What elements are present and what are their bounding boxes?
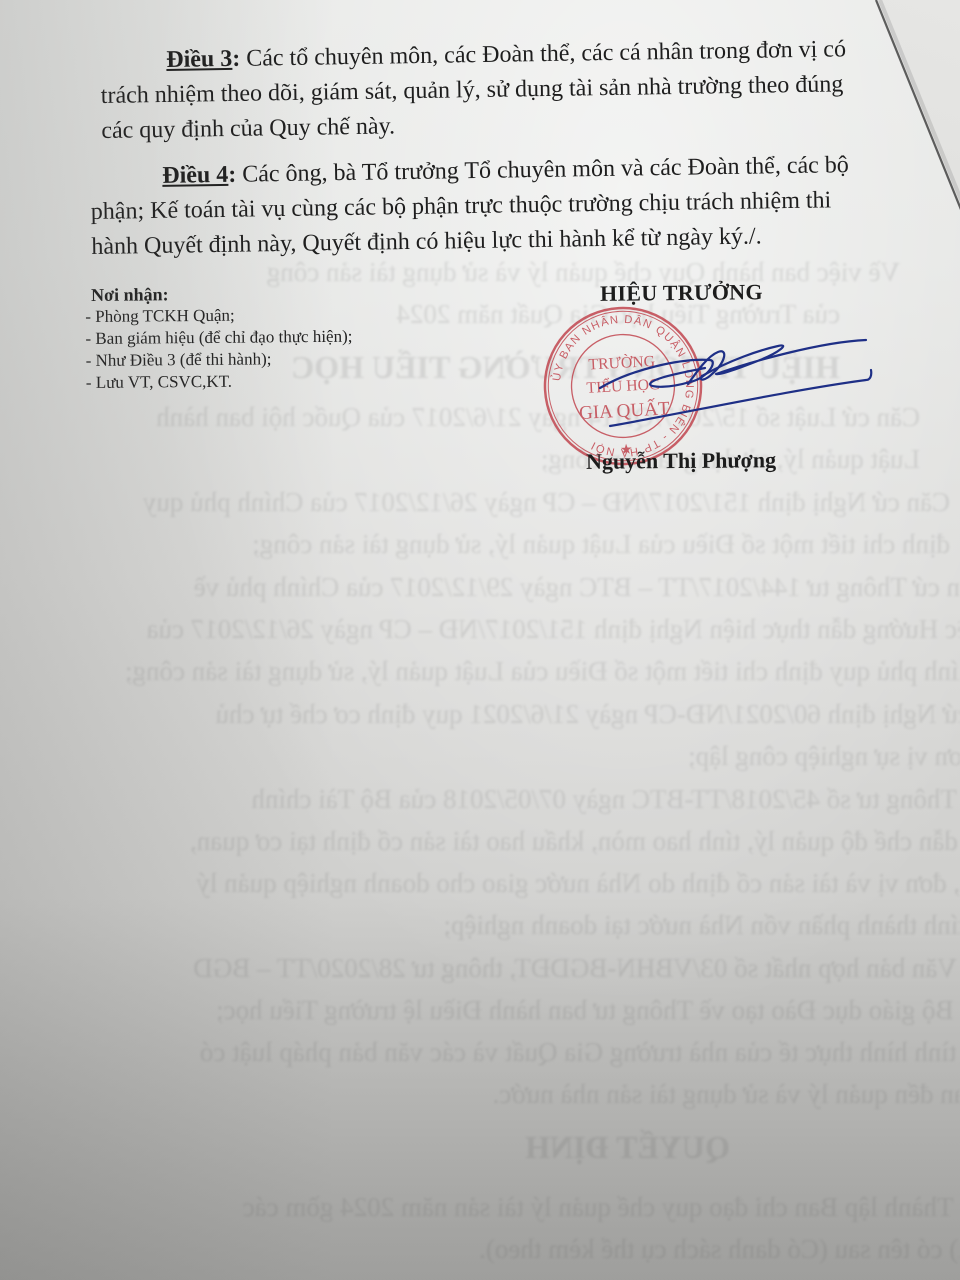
article-3: Điều 3: Các tổ chuyên môn, các Đoàn thể,… [100, 32, 887, 149]
recipient-item: - Phòng TCKH Quận; [85, 304, 352, 328]
signatory-name: Nguyễn Thị Phượng [586, 447, 776, 475]
recipients-list: Nơi nhận: - Phòng TCKH Quận; - Ban giám … [85, 282, 353, 394]
article-4-line-1: Các ông, bà Tổ trưởng Tổ chuyên môn và c… [242, 152, 849, 188]
article-4: Điều 4: Các ông, bà Tổ trưởng Tổ chuyên … [90, 147, 892, 265]
document-page: Về việc ban hành Quy chế quản lý và sử d… [0, 0, 960, 1280]
recipient-item: - Như Điều 3 (để thi hành); [86, 348, 353, 372]
handwritten-signature [590, 330, 890, 460]
recipient-item: - Ban giám hiệu (để chỉ đạo thực hiện); [85, 326, 352, 350]
document-content: Điều 3: Các tổ chuyên môn, các Đoàn thể,… [0, 0, 960, 1280]
recipient-item: - Lưu VT, CSVC,KT. [86, 370, 353, 394]
article-3-label: Điều 3 [166, 46, 232, 73]
article-4-label: Điều 4 [162, 162, 228, 189]
article-3-line-1: Các tổ chuyên môn, các Đoàn thể, các cá … [246, 36, 846, 71]
recipients-title: Nơi nhận: [91, 282, 352, 306]
